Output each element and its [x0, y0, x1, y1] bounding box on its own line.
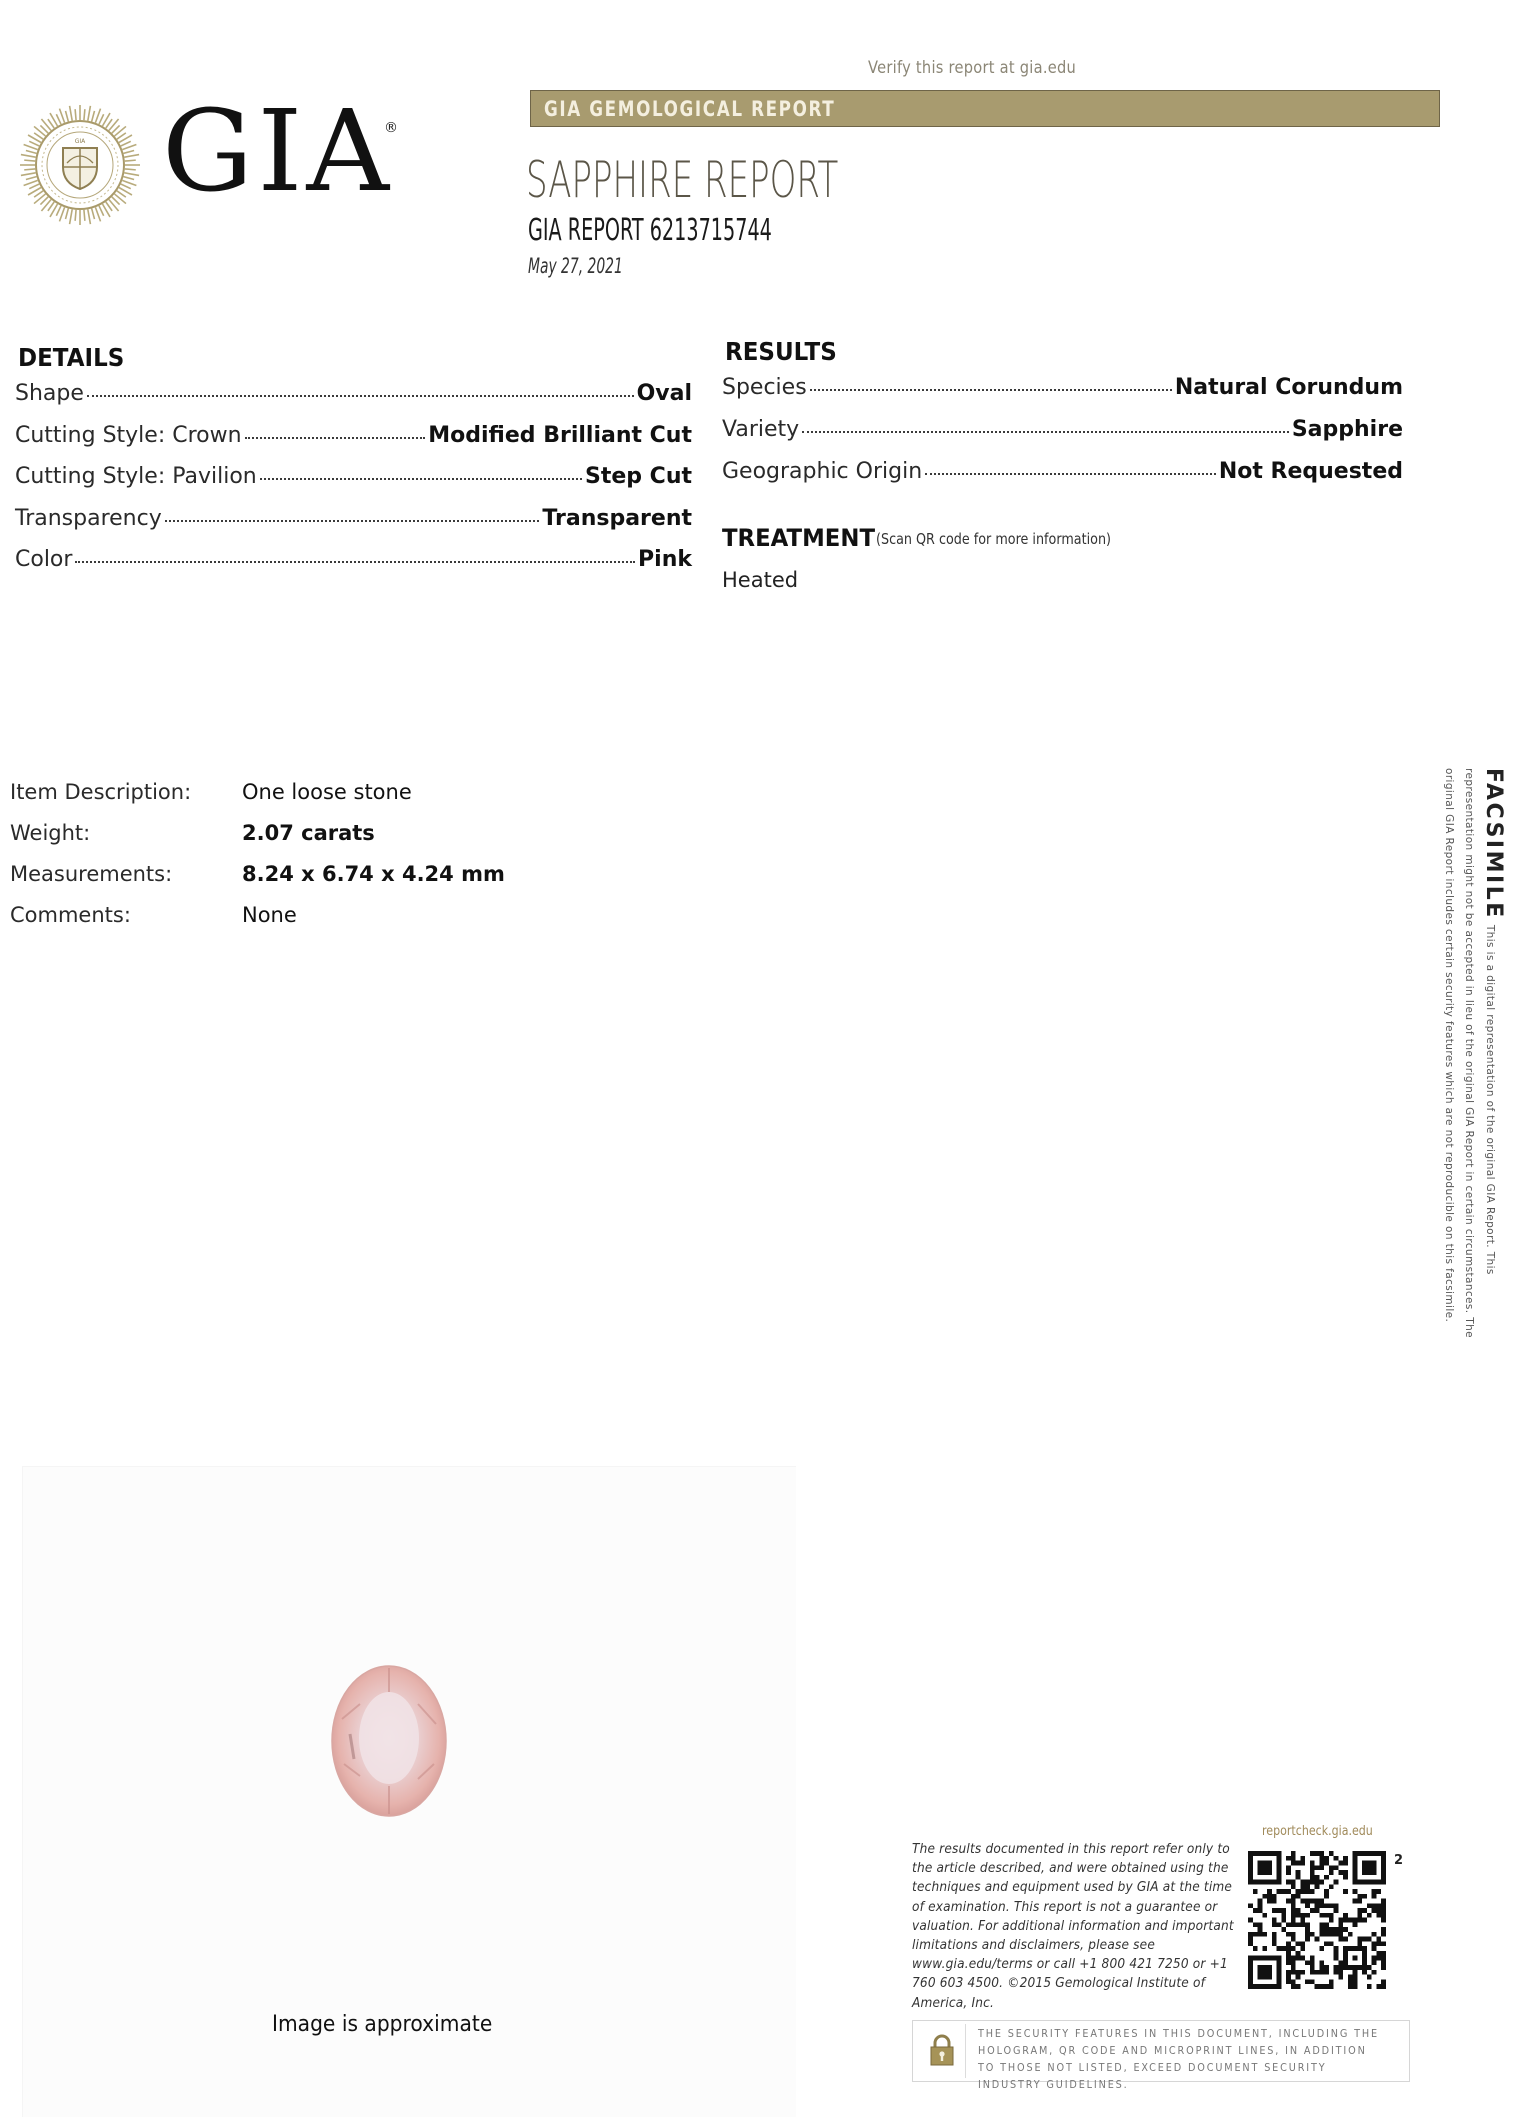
details-heading: DETAILS — [18, 345, 124, 370]
row-value: Sapphire — [1292, 419, 1403, 441]
row-value: Transparent — [542, 508, 692, 530]
row-label: Shape — [15, 383, 84, 405]
dot-leader — [802, 431, 1289, 433]
row-value: Step Cut — [585, 466, 692, 488]
report-number: GIA REPORT 6213715744 — [528, 216, 772, 246]
row-label: Cutting Style: Pavilion — [15, 466, 257, 488]
item-value: 8.24 x 6.74 x 4.24 mm — [242, 864, 505, 905]
image-caption: Image is approximate — [272, 2012, 492, 2037]
dot-leader — [810, 389, 1172, 391]
report-title: SAPPHIRE REPORT — [526, 155, 838, 205]
item-value: One loose stone — [242, 782, 412, 823]
gia-seal-icon: GIA — [18, 103, 142, 227]
row-label: Species — [722, 377, 807, 399]
lock-icon — [929, 2034, 955, 2066]
results-row-variety: VarietySapphire — [722, 419, 1403, 461]
row-value: Oval — [637, 383, 692, 405]
treatment-value: Heated — [722, 568, 798, 592]
sapphire-stone-image — [330, 1664, 448, 1818]
details-row-pavilion: Cutting Style: PavilionStep Cut — [15, 466, 692, 508]
dot-leader — [75, 561, 635, 563]
results-heading: RESULTS — [725, 339, 837, 364]
item-label: Measurements: — [10, 864, 242, 905]
item-label: Weight: — [10, 823, 242, 864]
dot-leader — [925, 473, 1216, 475]
qr-superscript: 2 — [1394, 1853, 1403, 1868]
treatment-note: (Scan QR code for more information) — [876, 530, 1111, 548]
dot-leader — [245, 437, 426, 439]
dot-leader — [260, 478, 582, 480]
svg-text:GIA: GIA — [75, 138, 86, 145]
details-list: ShapeOval Cutting Style: CrownModified B… — [15, 383, 692, 591]
row-label: Geographic Origin — [722, 461, 922, 483]
dot-leader — [165, 520, 540, 522]
results-list: SpeciesNatural Corundum VarietySapphire … — [722, 377, 1403, 503]
facsimile-notice: FACSIMILE This is a digital representati… — [1438, 768, 1506, 1358]
item-row-comments: Comments: None — [10, 905, 505, 946]
row-label: Color — [15, 549, 72, 571]
report-banner-label: GIA GEMOLOGICAL REPORT — [544, 97, 835, 121]
item-label: Comments: — [10, 905, 242, 946]
row-label: Cutting Style: Crown — [15, 425, 242, 447]
security-notice-text: THE SECURITY FEATURES IN THIS DOCUMENT, … — [978, 2025, 1383, 2093]
item-row-description: Item Description: One loose stone — [10, 782, 505, 823]
item-label: Item Description: — [10, 782, 242, 823]
details-row-shape: ShapeOval — [15, 383, 692, 425]
results-row-species: SpeciesNatural Corundum — [722, 377, 1403, 419]
row-value: Natural Corundum — [1175, 377, 1403, 399]
item-row-weight: Weight: 2.07 carats — [10, 823, 505, 864]
row-label: Transparency — [15, 508, 162, 530]
treatment-heading-text: TREATMENT — [722, 524, 875, 552]
qr-code[interactable] — [1248, 1851, 1386, 1989]
reportcheck-link[interactable]: reportcheck.gia.edu — [1262, 1824, 1373, 1839]
row-label: Variety — [722, 419, 799, 441]
item-value: 2.07 carats — [242, 823, 375, 864]
registered-mark: ® — [384, 120, 398, 136]
row-value: Not Requested — [1219, 461, 1403, 483]
item-info-list: Item Description: One loose stone Weight… — [10, 782, 505, 946]
details-row-color: ColorPink — [15, 549, 692, 591]
row-value: Pink — [638, 549, 692, 571]
gia-logo-wordmark: GIA — [162, 96, 393, 208]
dot-leader — [87, 395, 634, 397]
security-divider — [965, 2024, 966, 2078]
results-row-origin: Geographic OriginNot Requested — [722, 461, 1403, 503]
report-date: May 27, 2021 — [528, 256, 623, 277]
item-row-measurements: Measurements: 8.24 x 6.74 x 4.24 mm — [10, 864, 505, 905]
item-value: None — [242, 905, 297, 946]
report-disclaimer: The results documented in this report re… — [912, 1840, 1240, 2013]
verify-link[interactable]: Verify this report at gia.edu — [868, 58, 1076, 78]
row-value: Modified Brilliant Cut — [428, 425, 692, 447]
facsimile-word: FACSIMILE — [1481, 768, 1506, 920]
details-row-crown: Cutting Style: CrownModified Brilliant C… — [15, 425, 692, 467]
treatment-heading: TREATMENT — [722, 524, 883, 552]
details-row-transparency: TransparencyTransparent — [15, 508, 692, 550]
